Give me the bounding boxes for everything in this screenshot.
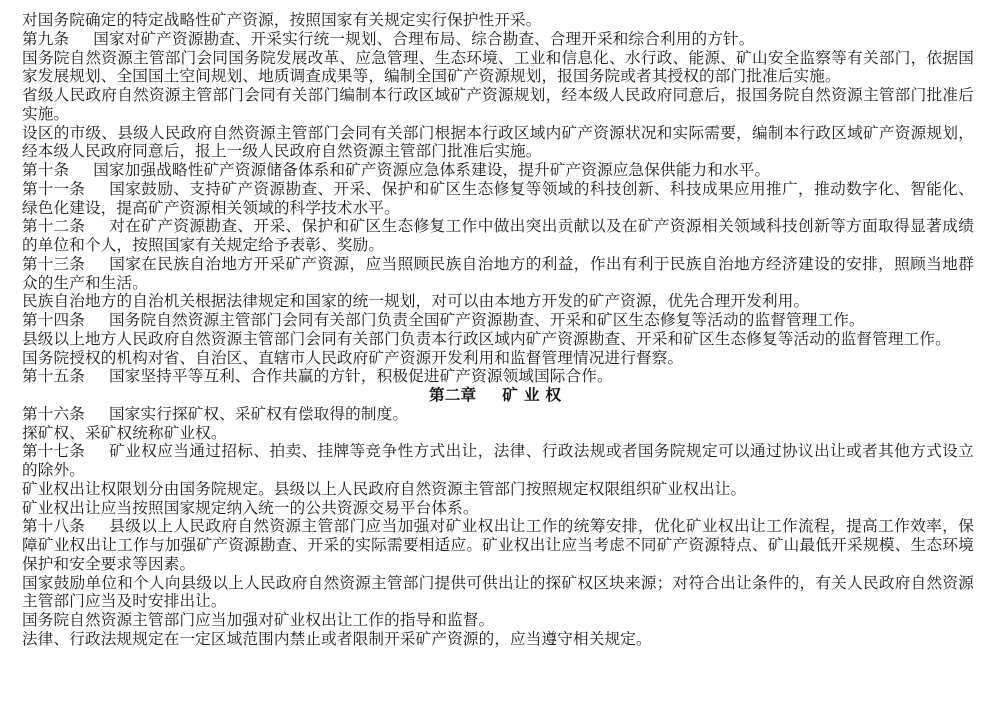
paragraph: 国家鼓励单位和个人向县级以上人民政府自然资源主管部门提供可供出让的探矿权区块来源… <box>22 574 974 612</box>
paragraph: 国务院自然资源主管部门会同国务院发展改革、应急管理、生态环境、工业和信息化、水行… <box>22 49 974 87</box>
paragraph: 国务院授权的机构对省、自治区、直辖市人民政府矿产资源开发利用和监督管理情况进行督… <box>22 349 974 368</box>
article-number: 第十六条 <box>22 405 85 424</box>
article-number: 第九条 <box>22 30 69 49</box>
chapter-title: 矿业权 <box>502 386 567 404</box>
article-text: 国家坚持平等互利、合作共赢的方针，积极促进矿产资源领域国际合作。 <box>109 367 613 385</box>
paragraph: 设区的市级、县级人民政府自然资源主管部门会同有关部门根据本行政区域内矿产资源状况… <box>22 124 974 162</box>
article-number: 第十条 <box>22 161 69 180</box>
article-11: 第十一条国家鼓励、支持矿产资源勘查、开采、保护和矿区生态修复等领域的科技创新、科… <box>22 180 974 218</box>
chapter-heading: 第二章矿业权 <box>22 386 974 405</box>
article-text: 国家加强战略性矿产资源储备体系和矿产资源应急体系建设，提升矿产资源应急保供能力和… <box>93 161 770 179</box>
paragraph: 法律、行政法规规定在一定区域范围内禁止或者限制开采矿产资源的，应当遵守相关规定。 <box>22 630 974 649</box>
article-18: 第十八条县级以上人民政府自然资源主管部门应当加强对矿业权出让工作的统筹安排，优化… <box>22 517 974 573</box>
article-9: 第九条国家对矿产资源勘查、开采实行统一规划、合理布局、综合勘查、合理开采和综合利… <box>22 30 974 49</box>
article-number: 第十八条 <box>22 517 85 536</box>
article-text: 国家在民族自治地方开采矿产资源，应当照顾民族自治地方的利益，作出有利于民族自治地… <box>22 255 974 292</box>
paragraph: 省级人民政府自然资源主管部门会同有关部门编制本行政区域矿产资源规划，经本级人民政… <box>22 86 974 124</box>
article-number: 第十七条 <box>22 442 85 461</box>
article-text: 国家鼓励、支持矿产资源勘查、开采、保护和矿区生态修复等领域的科技创新、科技成果应… <box>22 180 974 217</box>
article-13: 第十三条国家在民族自治地方开采矿产资源，应当照顾民族自治地方的利益，作出有利于民… <box>22 255 974 293</box>
article-number: 第十四条 <box>22 311 85 330</box>
article-15: 第十五条国家坚持平等互利、合作共赢的方针，积极促进矿产资源领域国际合作。 <box>22 367 974 386</box>
article-number: 第十五条 <box>22 367 85 386</box>
chapter-number: 第二章 <box>429 386 476 404</box>
article-14: 第十四条国务院自然资源主管部门会同有关部门负责全国矿产资源勘查、开采和矿区生态修… <box>22 311 974 330</box>
article-text: 对在矿产资源勘查、开采、保护和矿区生态修复工作中做出突出贡献以及在矿产资源相关领… <box>22 217 974 254</box>
paragraph: 探矿权、采矿权统称矿业权。 <box>22 424 974 443</box>
article-number: 第十三条 <box>22 255 85 274</box>
article-text: 县级以上人民政府自然资源主管部门应当加强对矿业权出让工作的统筹安排，优化矿业权出… <box>22 517 974 573</box>
paragraph: 县级以上地方人民政府自然资源主管部门会同有关部门负责本行政区域内矿产资源勘查、开… <box>22 330 974 349</box>
paragraph: 对国务院确定的特定战略性矿产资源，按照国家有关规定实行保护性开采。 <box>22 11 974 30</box>
paragraph: 矿业权出让权限划分由国务院规定。县级以上人民政府自然资源主管部门按照规定权限组织… <box>22 480 974 499</box>
article-number: 第十二条 <box>22 217 85 236</box>
article-10: 第十条国家加强战略性矿产资源储备体系和矿产资源应急体系建设，提升矿产资源应急保供… <box>22 161 974 180</box>
article-text: 国家实行探矿权、采矿权有偿取得的制度。 <box>109 405 408 423</box>
article-17: 第十七条矿业权应当通过招标、拍卖、挂牌等竞争性方式出让，法律、行政法规或者国务院… <box>22 442 974 480</box>
paragraph: 国务院自然资源主管部门应当加强对矿业权出让工作的指导和监督。 <box>22 611 974 630</box>
article-16: 第十六条国家实行探矿权、采矿权有偿取得的制度。 <box>22 405 974 424</box>
paragraph: 民族自治地方的自治机关根据法律规定和国家的统一规划，对可以由本地方开发的矿产资源… <box>22 292 974 311</box>
paragraph: 矿业权出让应当按照国家规定纳入统一的公共资源交易平台体系。 <box>22 499 974 518</box>
article-12: 第十二条对在矿产资源勘查、开采、保护和矿区生态修复工作中做出突出贡献以及在矿产资… <box>22 217 974 255</box>
article-text: 国务院自然资源主管部门会同有关部门负责全国矿产资源勘查、开采和矿区生态修复等活动… <box>109 311 865 329</box>
article-text: 矿业权应当通过招标、拍卖、挂牌等竞争性方式出让，法律、行政法规或者国务院规定可以… <box>22 442 974 479</box>
article-text: 国家对矿产资源勘查、开采实行统一规划、合理布局、综合勘查、合理开采和综合利用的方… <box>93 30 754 48</box>
article-number: 第十一条 <box>22 180 85 199</box>
document-body: 对国务院确定的特定战略性矿产资源，按照国家有关规定实行保护性开采。 第九条国家对… <box>22 11 974 649</box>
